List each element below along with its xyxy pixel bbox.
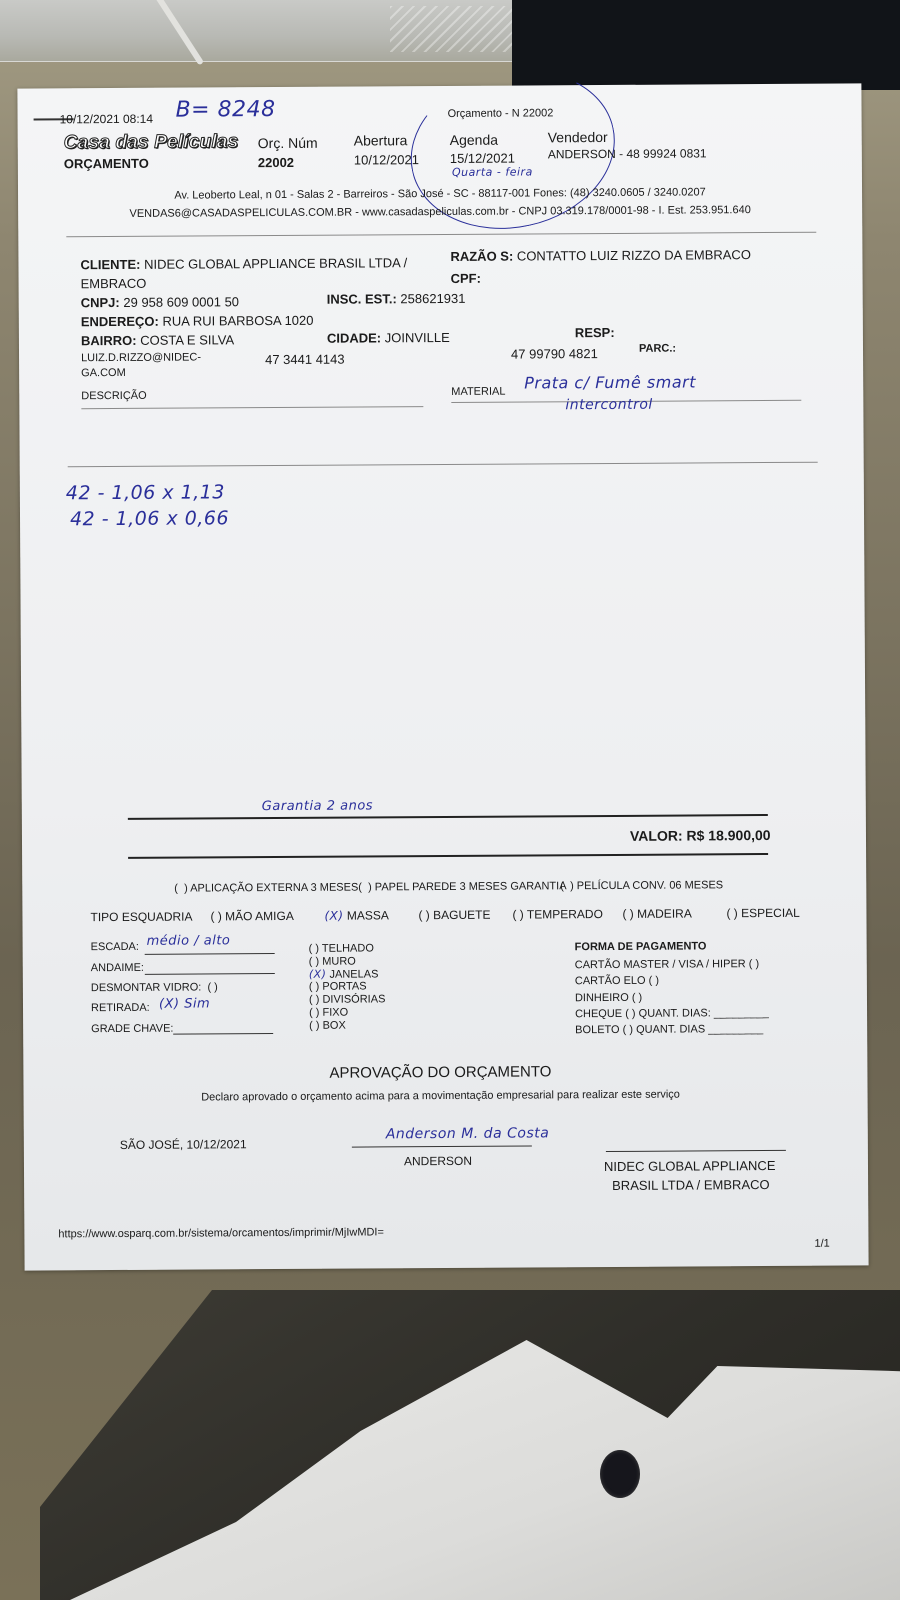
bairro-label: BAIRRO: xyxy=(81,333,137,348)
agenda-label: Agenda xyxy=(450,132,498,148)
service-option-3[interactable]: ( ) PELÍCULA CONV. 06 MESES xyxy=(560,879,723,892)
escada-label: ESCADA: xyxy=(91,941,139,953)
desmontar-row: DESMONTAR VIDRO: ( ) xyxy=(91,981,218,994)
valor-value: R$ 18.900,00 xyxy=(686,827,770,844)
email-line2: GA.COM xyxy=(81,367,126,379)
bairro-row: BAIRRO: COSTA E SILVA xyxy=(81,332,234,348)
location-option-box[interactable]: ( ) BOX xyxy=(309,1019,385,1032)
material-handwritten-line2: intercontrol xyxy=(565,397,653,414)
option-label: MADEIRA xyxy=(637,906,692,920)
grade-field[interactable] xyxy=(173,1033,273,1035)
signature-line xyxy=(352,1145,532,1147)
page-number: 1/1 xyxy=(814,1238,829,1250)
cnpj-value: 29 958 609 0001 50 xyxy=(123,294,239,310)
email-line1: LUIZ.D.RIZZO@NIDEC- xyxy=(81,351,201,364)
payment-option-elo[interactable]: CARTÃO ELO ( ) xyxy=(575,972,769,989)
company-logo: Casa das Películas xyxy=(64,131,239,154)
resp-label: RESP: xyxy=(575,325,615,340)
cpf-label: CPF: xyxy=(451,271,481,286)
esquadria-option-especial[interactable]: ( ) ESPECIAL xyxy=(726,906,799,920)
warranty-handwritten: Garantia 2 anos xyxy=(262,798,373,814)
cidade-label: CIDADE: xyxy=(327,330,381,345)
location-option-divisorias[interactable]: ( ) DIVISÓRIAS xyxy=(309,994,385,1007)
description-divider xyxy=(68,462,818,468)
insc-label: INSC. EST.: xyxy=(327,291,397,306)
abertura-value: 10/12/2021 xyxy=(354,152,419,167)
service-option-label: PAPEL PAREDE 3 MESES GARANTIA xyxy=(375,880,567,893)
esquadria-option-baguete[interactable]: ( ) BAGUETE xyxy=(418,908,490,922)
razao-row: RAZÃO S: CONTATTO LUIZ RIZZO DA EMBRACO xyxy=(450,247,751,264)
vendedor-label: Vendedor xyxy=(548,129,608,145)
shirt-button xyxy=(600,1450,640,1498)
checkbox-mark: ( ) xyxy=(726,906,737,920)
endereco-value: RUA RUI BARBOSA 1020 xyxy=(162,313,313,329)
escada-value: médio / alto xyxy=(147,933,231,949)
measurement-2: 42 - 1,06 x 0,66 xyxy=(70,507,229,530)
option-label: BAGUETE xyxy=(433,908,490,922)
location-option-janelas[interactable]: (X) JANELAS xyxy=(309,968,385,981)
company-address: Av. Leoberto Leal, n 01 - Salas 2 - Barr… xyxy=(18,185,862,202)
client-signer-line1: NIDEC GLOBAL APPLIANCE xyxy=(604,1158,776,1174)
andaime-field[interactable] xyxy=(145,973,275,975)
esquadria-option-temperado[interactable]: ( ) TEMPERADO xyxy=(512,907,603,922)
razao-label: RAZÃO S: xyxy=(450,249,513,264)
valor-line xyxy=(128,853,768,858)
service-option-2[interactable]: ( ) PAPEL PAREDE 3 MESES GARANTIA xyxy=(358,880,566,893)
client-signature-line[interactable] xyxy=(606,1150,786,1152)
place-date: SÃO JOSÉ, 10/12/2021 xyxy=(120,1137,247,1152)
company-contact: VENDAS6@CASADASPELICULAS.COM.BR - www.ca… xyxy=(18,203,862,220)
service-option-label: APLICAÇÃO EXTERNA 3 MESES xyxy=(190,882,358,895)
signer-name: ANDERSON xyxy=(404,1154,472,1168)
checkbox-mark: ( ) xyxy=(210,909,221,923)
cliente-label: CLIENTE: xyxy=(80,257,140,272)
checkbox-mark: ( ) xyxy=(512,908,523,922)
descricao-line xyxy=(81,406,423,409)
vendedor-value: ANDERSON - 48 99924 0831 xyxy=(548,146,707,161)
agenda-value: 15/12/2021 xyxy=(450,151,515,166)
esquadria-option-mao-amiga[interactable]: ( ) MÃO AMIGA xyxy=(210,909,293,924)
service-option-label: PELÍCULA CONV. 06 MESES xyxy=(577,879,723,892)
cnpj-label: CNPJ: xyxy=(81,295,120,310)
budget-ref: Orçamento - N 22002 xyxy=(448,107,554,120)
quote-document: 10/12/2021 08:14 B= 8248 Casa das Pelícu… xyxy=(17,83,868,1270)
cliente-row: CLIENTE: NIDEC GLOBAL APPLIANCE BRASIL L… xyxy=(80,255,407,272)
grade-label: GRADE CHAVE: xyxy=(91,1023,173,1036)
endereco-label: ENDEREÇO: xyxy=(81,314,159,329)
warranty-line xyxy=(128,814,768,819)
cnpj-row: CNPJ: 29 958 609 0001 50 xyxy=(81,294,239,310)
cidade-row: CIDADE: JOINVILLE xyxy=(327,330,450,346)
esquadria-label: TIPO ESQUADRIA xyxy=(90,910,192,925)
andaime-label: ANDAIME: xyxy=(91,962,144,974)
cidade-value: JOINVILLE xyxy=(385,330,450,345)
printed-datetime: 10/12/2021 08:14 xyxy=(60,112,154,127)
signature-handwritten: Anderson M. da Costa xyxy=(386,1125,550,1142)
valor-row: VALOR: R$ 18.900,00 xyxy=(630,827,771,844)
checkbox-mark: ( ) xyxy=(418,908,429,922)
orc-num-label: Orç. Núm xyxy=(258,135,318,151)
handwritten-note: B= 8248 xyxy=(175,97,275,123)
location-option-fixo[interactable]: ( ) FIXO xyxy=(309,1006,385,1019)
insc-row: INSC. EST.: 258621931 xyxy=(327,291,466,307)
client-signer-line2: BRASIL LTDA / EMBRACO xyxy=(612,1177,770,1193)
payment-options: CARTÃO MASTER / VISA / HIPER ( ) CARTÃO … xyxy=(575,956,769,1039)
agenda-handwritten: Quarta - feira xyxy=(452,165,533,178)
cliente-value: NIDEC GLOBAL APPLIANCE BRASIL LTDA / xyxy=(144,255,407,272)
material-handwritten-line1: Prata c/ Fumê smart xyxy=(524,372,696,392)
parc-label: PARC.: xyxy=(639,343,676,355)
dark-surface-background xyxy=(512,0,900,90)
option-label: ESPECIAL xyxy=(741,906,800,920)
measurement-1: 42 - 1,06 x 1,13 xyxy=(66,481,225,504)
desmontar-label: DESMONTAR VIDRO: xyxy=(91,981,201,994)
option-label: MASSA xyxy=(347,908,389,922)
valor-label: VALOR: xyxy=(630,828,683,844)
desmontar-checkbox[interactable]: ( ) xyxy=(207,981,217,993)
payment-option-card[interactable]: CARTÃO MASTER / VISA / HIPER ( ) xyxy=(575,956,769,973)
payment-option-boleto[interactable]: BOLETO ( ) QUANT. DIAS _________ xyxy=(575,1021,769,1038)
orc-num-value: 22002 xyxy=(258,155,294,170)
location-option-telhado[interactable]: ( ) TELHADO xyxy=(309,942,385,955)
checkbox-mark: ( ) xyxy=(622,907,633,921)
client-phone: 47 3441 4143 xyxy=(265,352,345,367)
retirada-value: (X) Sim xyxy=(159,996,210,1011)
footer-url: https://www.osparq.com.br/sistema/orcame… xyxy=(58,1226,384,1240)
service-option-1[interactable]: ( ) APLICAÇÃO EXTERNA 3 MESES xyxy=(174,882,358,895)
location-option-portas[interactable]: ( ) PORTAS xyxy=(309,981,385,994)
bairro-value: COSTA E SILVA xyxy=(140,332,234,348)
approval-title: APROVAÇÃO DO ORÇAMENTO xyxy=(23,1061,857,1083)
checkbox-mark-checked: (X) xyxy=(324,909,343,923)
payment-title: FORMA DE PAGAMENTO xyxy=(575,940,707,953)
option-label: MÃO AMIGA xyxy=(225,909,294,923)
doc-type: ORÇAMENTO xyxy=(64,156,149,172)
descricao-label: DESCRIÇÃO xyxy=(81,390,146,402)
resp-phone: 47 99790 4821 xyxy=(511,346,598,362)
approval-statement: Declaro aprovado o orçamento acima para … xyxy=(24,1087,858,1104)
location-options: ( ) TELHADO ( ) MURO (X) JANELAS ( ) POR… xyxy=(309,942,386,1032)
insc-value: 258621931 xyxy=(400,291,465,306)
header-divider xyxy=(66,232,816,238)
payment-option-cash[interactable]: DINHEIRO ( ) xyxy=(575,989,769,1006)
payment-option-cheque[interactable]: CHEQUE ( ) QUANT. DIAS: _________ xyxy=(575,1005,769,1022)
abertura-label: Abertura xyxy=(354,132,408,148)
esquadria-option-massa[interactable]: (X) MASSA xyxy=(324,908,389,922)
endereco-row: ENDEREÇO: RUA RUI BARBOSA 1020 xyxy=(81,313,314,329)
esquadria-option-madeira[interactable]: ( ) MADEIRA xyxy=(622,906,691,920)
material-label: MATERIAL xyxy=(451,386,505,398)
option-label: TEMPERADO xyxy=(527,907,603,921)
retirada-label: RETIRADA: xyxy=(91,1002,150,1014)
razao-value: CONTATTO LUIZ RIZZO DA EMBRACO xyxy=(517,247,751,263)
escada-line xyxy=(145,953,275,955)
cliente-value-line2: EMBRACO xyxy=(81,276,147,291)
